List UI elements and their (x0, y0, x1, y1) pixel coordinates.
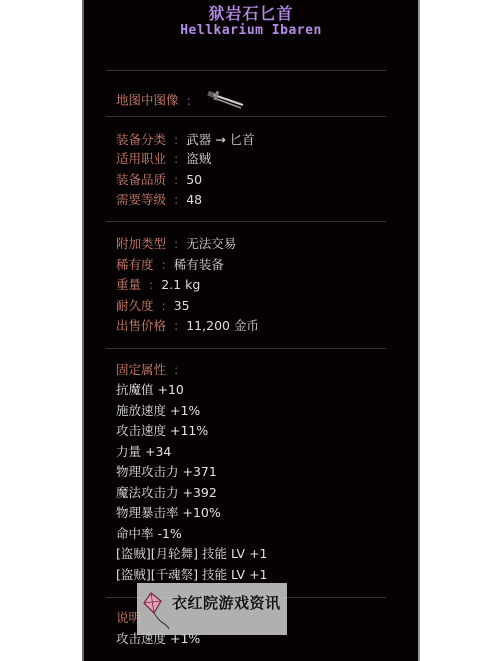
dagger-icon (205, 88, 247, 114)
map-image-row: 地图中图像: (116, 88, 247, 114)
attribute-line: 魔法攻击力 +392 (116, 485, 217, 501)
watermark-text: 衣红院游戏资讯 (172, 592, 281, 613)
item-tooltip-panel: 狱岩石匕首 Hellkarium Ibaren 地图中图像: 装备分类:武器 →… (82, 0, 420, 661)
item-name-en: Hellkarium Ibaren (84, 23, 418, 38)
attribute-line: [盗贼][月轮舞] 技能 LV +1 (116, 546, 268, 562)
divider (106, 70, 386, 71)
stat-row-quality: 装备品质:50 (116, 172, 202, 188)
attribute-line: 物理暴击率 +10% (116, 505, 221, 521)
map-image-label: 地图中图像 (116, 93, 179, 108)
stat-row-rarity: 稀有度:稀有装备 (116, 257, 224, 273)
stat-row-class: 适用职业:盗贼 (116, 151, 211, 167)
divider (106, 221, 386, 222)
kite-icon (141, 591, 171, 635)
attribute-line: 攻击速度 +11% (116, 423, 208, 439)
attribute-line: 命中率 -1% (116, 526, 182, 542)
divider (106, 348, 386, 349)
stat-row-trade: 附加类型:无法交易 (116, 236, 236, 252)
item-name-cn: 狱岩石匕首 (84, 1, 418, 24)
stat-row-level: 需要等级:48 (116, 192, 202, 208)
fixed-attributes-header: 固定属性: (116, 362, 186, 378)
stat-row-weight: 重量:2.1 kg (116, 277, 200, 293)
attribute-line: 施放速度 +1% (116, 403, 200, 419)
stat-row-category: 装备分类:武器 → 匕首 (116, 132, 255, 148)
divider (106, 116, 386, 117)
attribute-line: 力量 +34 (116, 444, 171, 460)
attribute-line: 物理攻击力 +371 (116, 464, 217, 480)
watermark-overlay: 衣红院游戏资讯 (137, 583, 287, 635)
stat-row-price: 出售价格:11,200 金币 (116, 318, 259, 334)
stat-row-durability: 耐久度:35 (116, 298, 190, 314)
attribute-line: [盗贼][千魂祭] 技能 LV +1 (116, 567, 268, 583)
attribute-line: 抗魔值 +10 (116, 382, 184, 398)
